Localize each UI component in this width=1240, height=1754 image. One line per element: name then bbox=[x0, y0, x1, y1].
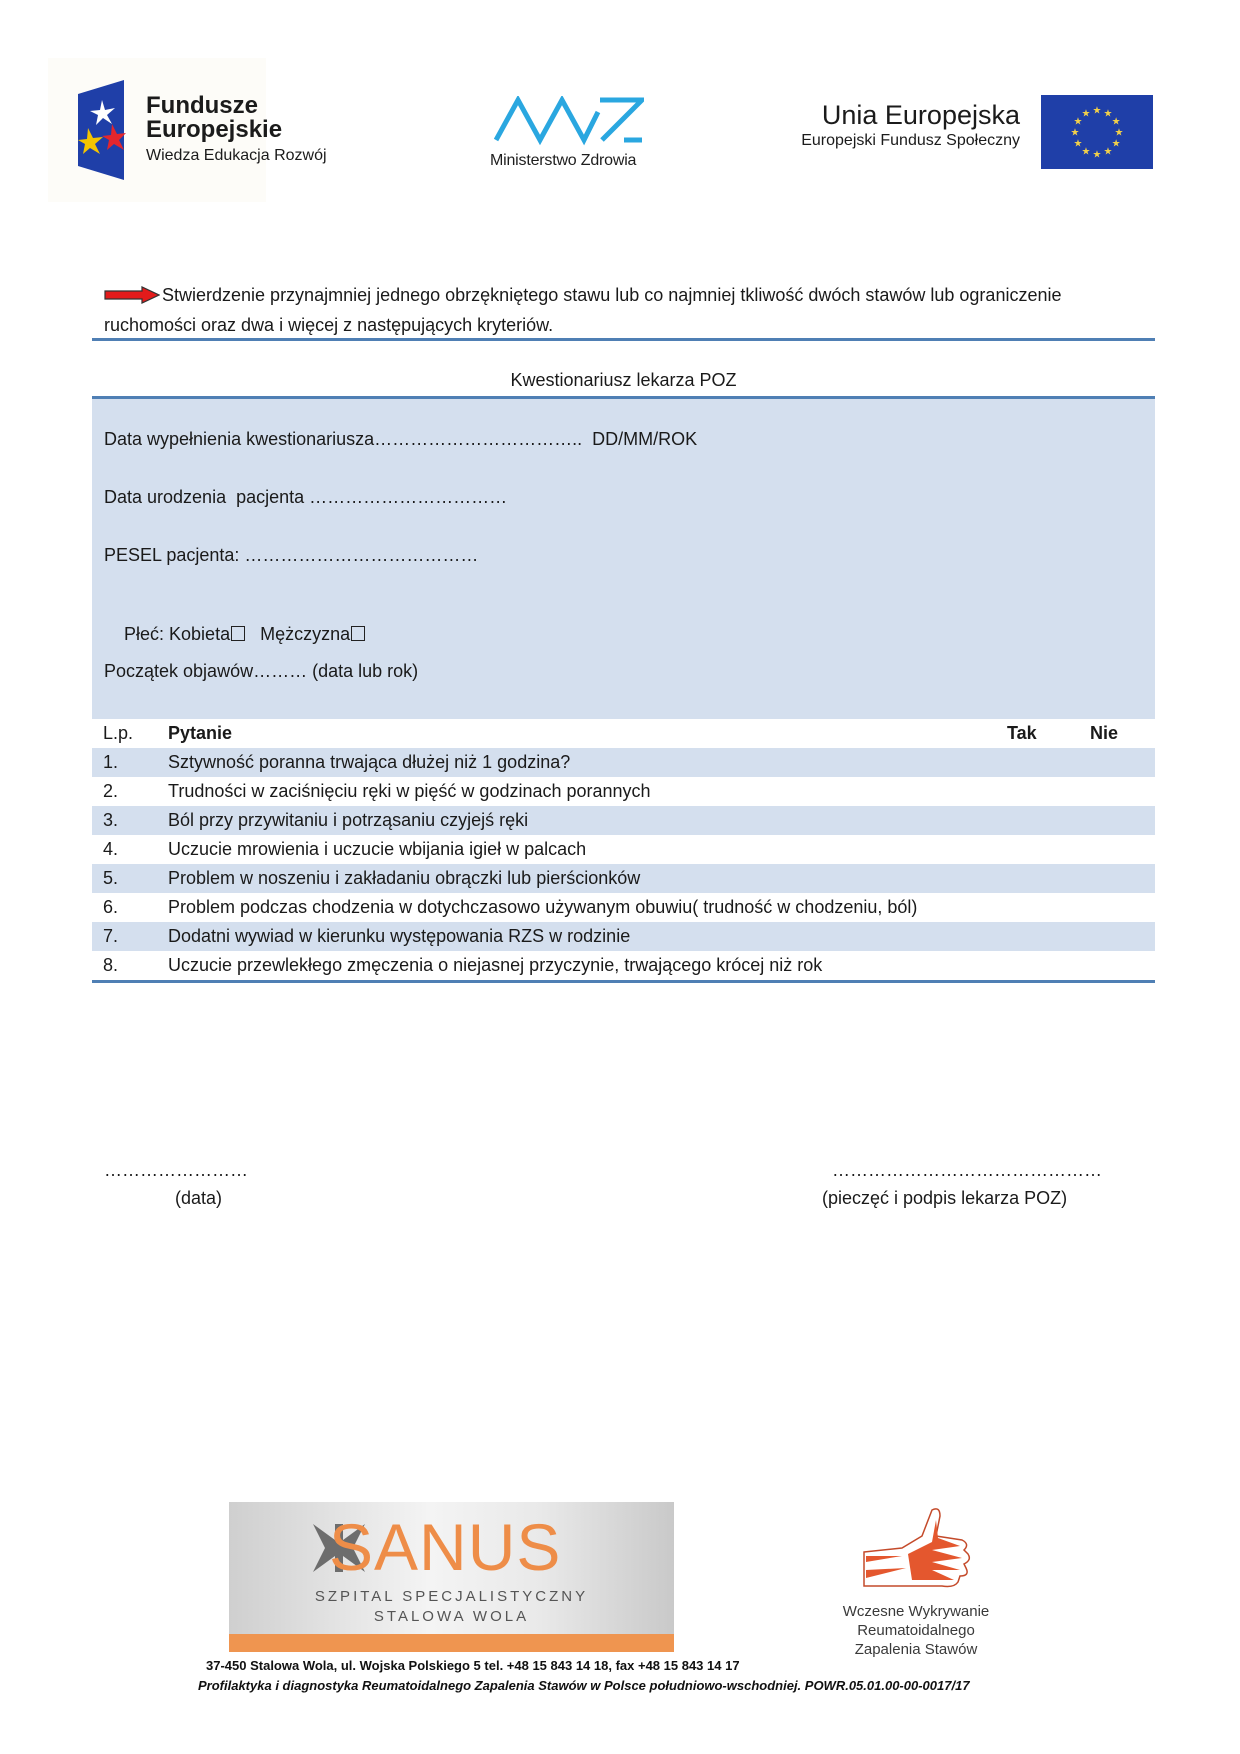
date-label: (data) bbox=[175, 1188, 222, 1209]
row-number: 6. bbox=[103, 893, 118, 922]
wwrzs-line-3: Zapalenia Stawów bbox=[826, 1640, 1006, 1659]
table-row: 3.Ból przy przywitaniu i potrząsaniu czy… bbox=[92, 806, 1155, 835]
row-question: Trudności w zaciśnięciu ręki w pięść w g… bbox=[168, 777, 651, 806]
divider bbox=[92, 338, 1155, 341]
row-number: 1. bbox=[103, 748, 118, 777]
male-checkbox[interactable] bbox=[351, 626, 365, 641]
sanus-logo: SANUS SZPITAL SPECJALISTYCZNY STALOWA WO… bbox=[229, 1502, 674, 1652]
table-row: 6.Problem podczas chodzenia w dotychczas… bbox=[92, 893, 1155, 922]
date-signature-line[interactable]: …………………… bbox=[104, 1160, 248, 1181]
header-question: Pytanie bbox=[168, 719, 232, 748]
header-lp: L.p. bbox=[103, 719, 133, 748]
birth-date-field[interactable]: Data urodzenia pacjenta …………………………… bbox=[104, 487, 507, 508]
row-question: Problem podczas chodzenia w dotychczasow… bbox=[168, 893, 917, 922]
svg-text:★: ★ bbox=[1082, 108, 1091, 119]
criteria-intro: Stwierdzenie przynajmniej jednego obrzęk… bbox=[104, 280, 1154, 340]
sanus-subtitle-2: STALOWA WOLA bbox=[229, 1608, 674, 1625]
row-question: Problem w noszeniu i zakładaniu obrączki… bbox=[168, 864, 640, 893]
svg-text:★: ★ bbox=[1112, 117, 1121, 128]
svg-text:★: ★ bbox=[1071, 128, 1080, 139]
patient-info-section: Data wypełnienia kwestionariusza……………………… bbox=[92, 399, 1155, 719]
fe-tagline: Wiedza Edukacja Rozwój bbox=[146, 146, 327, 166]
mz-name: Ministerstwo Zdrowia bbox=[490, 152, 636, 170]
row-question: Sztywność poranna trwająca dłużej niż 1 … bbox=[168, 748, 570, 777]
table-header: L.p. Pytanie Tak Nie bbox=[92, 719, 1155, 748]
project-name: Profilaktyka i diagnostyka Reumatoidalne… bbox=[198, 1678, 970, 1693]
symptom-onset-field[interactable]: Początek objawów……… (data lub rok) bbox=[104, 661, 418, 682]
row-number: 7. bbox=[103, 922, 118, 951]
fe-title-line2: Europejskie bbox=[146, 118, 327, 142]
svg-text:★: ★ bbox=[1093, 106, 1102, 117]
fundusze-europejskie-logo: Fundusze Europejskie Wiedza Edukacja Roz… bbox=[48, 58, 266, 202]
fe-title-line1: Fundusze bbox=[146, 94, 327, 118]
unia-europejska-logo: Unia Europejska Europejski Fundusz Społe… bbox=[770, 100, 1020, 152]
svg-text:★: ★ bbox=[1073, 139, 1082, 150]
female-checkbox[interactable] bbox=[231, 626, 245, 641]
doctor-signature-line[interactable]: ……………………………………… bbox=[832, 1160, 1102, 1181]
eu-flag-icon: ★★★★★★★★★★★★ bbox=[1041, 95, 1153, 169]
mz-zigzag-icon bbox=[494, 96, 644, 146]
wwrzs-line-1: Wczesne Wykrywanie bbox=[826, 1602, 1006, 1621]
fill-date-field[interactable]: Data wypełnienia kwestionariusza……………………… bbox=[104, 429, 697, 450]
svg-text:★: ★ bbox=[1115, 128, 1124, 139]
table-row: 1.Sztywność poranna trwająca dłużej niż … bbox=[92, 748, 1155, 777]
row-question: Uczucie mrowienia i uczucie wbijania igi… bbox=[168, 835, 586, 864]
table-row: 2.Trudności w zaciśnięciu ręki w pięść w… bbox=[92, 777, 1155, 806]
table-row: 5.Problem w noszeniu i zakładaniu obrącz… bbox=[92, 864, 1155, 893]
table-row: 4.Uczucie mrowienia i uczucie wbijania i… bbox=[92, 835, 1155, 864]
svg-text:★: ★ bbox=[1093, 150, 1102, 161]
questions-table: L.p. Pytanie Tak Nie 1.Sztywność poranna… bbox=[92, 719, 1155, 980]
criteria-text: Stwierdzenie przynajmniej jednego obrzęk… bbox=[104, 285, 1061, 335]
sex-field: Płeć: Kobieta Mężczyzna bbox=[104, 603, 365, 666]
header-no: Nie bbox=[1090, 719, 1118, 748]
sanus-orange-bar bbox=[229, 1634, 674, 1652]
sex-female-label: Płeć: Kobieta bbox=[124, 624, 230, 644]
sex-male-label: Mężczyzna bbox=[260, 624, 350, 644]
fe-flag-icon bbox=[76, 80, 126, 180]
row-number: 8. bbox=[103, 951, 118, 980]
svg-text:★: ★ bbox=[1112, 139, 1121, 150]
sanus-name: SANUS bbox=[329, 1512, 561, 1582]
row-question: Ból przy przywitaniu i potrząsaniu czyje… bbox=[168, 806, 528, 835]
ue-subtitle: Europejski Fundusz Społeczny bbox=[770, 130, 1020, 152]
pesel-field[interactable]: PESEL pacjenta: ………………………………… bbox=[104, 545, 478, 566]
thumbs-up-hand-icon bbox=[862, 1506, 972, 1596]
divider bbox=[92, 980, 1155, 983]
svg-text:★: ★ bbox=[1082, 147, 1091, 158]
hospital-address: 37-450 Stalowa Wola, ul. Wojska Polskieg… bbox=[206, 1658, 740, 1673]
doctor-signature-label: (pieczęć i podpis lekarza POZ) bbox=[822, 1188, 1067, 1209]
row-number: 4. bbox=[103, 835, 118, 864]
svg-text:★: ★ bbox=[1104, 147, 1113, 158]
sanus-subtitle-1: SZPITAL SPECJALISTYCZNY bbox=[229, 1588, 674, 1605]
table-row: 7.Dodatni wywiad w kierunku występowania… bbox=[92, 922, 1155, 951]
row-question: Dodatni wywiad w kierunku występowania R… bbox=[168, 922, 630, 951]
table-row: 8.Uczucie przewlekłego zmęczenia o nieja… bbox=[92, 951, 1155, 980]
row-number: 2. bbox=[103, 777, 118, 806]
wwrzs-line-2: Reumatoidalnego bbox=[826, 1621, 1006, 1640]
questionnaire-title: Kwestionariusz lekarza POZ bbox=[92, 370, 1155, 391]
header-yes: Tak bbox=[1007, 719, 1037, 748]
row-number: 5. bbox=[103, 864, 118, 893]
row-question: Uczucie przewlekłego zmęczenia o niejasn… bbox=[168, 951, 822, 980]
ministerstwo-zdrowia-logo: Ministerstwo Zdrowia bbox=[490, 96, 650, 176]
wwrzs-logo-text: Wczesne Wykrywanie Reumatoidalnego Zapal… bbox=[826, 1602, 1006, 1659]
red-arrow-icon bbox=[104, 286, 160, 304]
row-number: 3. bbox=[103, 806, 118, 835]
ue-title: Unia Europejska bbox=[770, 100, 1020, 130]
